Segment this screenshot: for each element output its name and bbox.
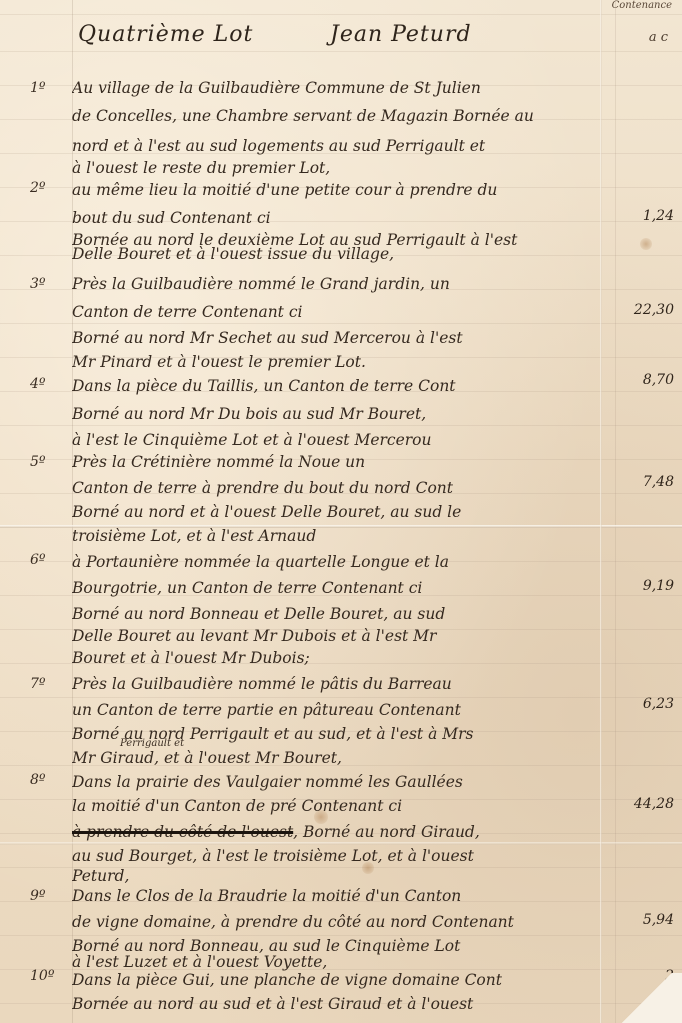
- entry-amount: 7,48: [643, 474, 674, 490]
- entry-line: Peturd,: [72, 866, 617, 886]
- lot-owner: Jean Peturd: [330, 22, 472, 47]
- entry-number: 10º: [30, 968, 54, 984]
- entry-line: Mr Pinard et à l'ouest le premier Lot.: [72, 352, 617, 372]
- entry-line: bout du sud Contenant ci: [72, 208, 617, 228]
- entry-amount: 5,94: [643, 912, 674, 928]
- entry-line: Dans le Clos de la Braudrie la moitié d'…: [72, 886, 617, 906]
- entry-line: Mr Giraud, et à l'ouest Mr Bouret,: [72, 748, 617, 768]
- entry-line: la moitié d'un Canton de pré Contenant c…: [72, 796, 617, 816]
- struck-out-text: à prendre du côté de l'ouest: [72, 822, 332, 842]
- column-header-contenance: Contenance: [612, 0, 672, 11]
- entry-line: un Canton de terre partie en pâtureau Co…: [72, 700, 617, 720]
- entry-number: 9º: [30, 888, 46, 904]
- entry-line: Au village de la Guilbaudière Commune de…: [72, 78, 617, 98]
- entry-line: au même lieu la moitié d'une petite cour…: [72, 180, 617, 200]
- entry-line: Bourgotrie, un Canton de terre Contenant…: [72, 578, 617, 598]
- entry-number: 5º: [30, 454, 46, 470]
- entry-number: 4º: [30, 376, 46, 392]
- entry-line: troisième Lot, et à l'est Arnaud: [72, 526, 617, 546]
- entry-number: 6º: [30, 552, 46, 568]
- entry-line: Borné au nord Mr Du bois au sud Mr Boure…: [72, 404, 617, 424]
- column-units: a c: [649, 30, 668, 45]
- entry-number: 1º: [30, 80, 46, 96]
- entry-number: 2º: [30, 180, 46, 196]
- entry-amount: 9,19: [643, 578, 674, 594]
- entry-amount: 1,24: [643, 208, 674, 224]
- entry-line: au sud Bourget, à l'est le troisième Lot…: [72, 846, 617, 866]
- torn-corner: [612, 973, 682, 1023]
- entry-line: Borné au nord et à l'ouest Delle Bouret,…: [72, 502, 617, 522]
- entry-line: Près la Guilbaudière nommé le Grand jard…: [72, 274, 617, 294]
- entry-number: 3º: [30, 276, 46, 292]
- entry-line: Borné au nord Mr Sechet au sud Mercerou …: [72, 328, 617, 348]
- entry-line: Dans la pièce du Taillis, un Canton de t…: [72, 376, 617, 396]
- lot-title: Quatrième Lot: [78, 22, 253, 47]
- entry-line: Bornée au nord au sud et à l'est Giraud …: [72, 994, 617, 1014]
- entry-line: à l'est le Cinquième Lot et à l'ouest Me…: [72, 430, 617, 450]
- ink-stain: [640, 238, 652, 250]
- horizontal-fold-lower: [0, 842, 682, 845]
- entry-amount: 22,30: [634, 302, 674, 318]
- entry-line: Canton de terre à prendre du bout du nor…: [72, 478, 617, 498]
- entry-line: de vigne domaine, à prendre du côté au n…: [72, 912, 617, 932]
- entry-amount: 6,23: [643, 696, 674, 712]
- entry-line: à l'ouest le reste du premier Lot,: [72, 158, 617, 178]
- manuscript-page: Contenance a c Quatrième Lot Jean Peturd…: [0, 0, 682, 1023]
- entry-line: nord et à l'est au sud logements au sud …: [72, 136, 617, 156]
- entry-line: Bouret et à l'ouest Mr Dubois;: [72, 648, 617, 668]
- entry-line: Delle Bouret au levant Mr Dubois et à l'…: [72, 626, 617, 646]
- entry-line: à l'est Luzet et à l'ouest Voyette,: [72, 952, 617, 972]
- entry-number: 8º: [30, 772, 46, 788]
- entry-line: Delle Bouret et à l'ouest issue du villa…: [72, 244, 617, 264]
- entry-line: Près la Guilbaudière nommé le pâtis du B…: [72, 674, 617, 694]
- entry-amount: 8,70: [643, 372, 674, 388]
- entry-number: 7º: [30, 676, 46, 692]
- entry-line: Près la Crétinière nommé la Noue un: [72, 452, 617, 472]
- entry-line: Borné au nord Bonneau et Delle Bouret, a…: [72, 604, 617, 624]
- entry-line: Canton de terre Contenant ci: [72, 302, 617, 322]
- entry-line: de Concelles, une Chambre servant de Mag…: [72, 106, 617, 126]
- entry-line: Dans la prairie des Vaulgaier nommé les …: [72, 772, 617, 792]
- entry-line: Dans la pièce Gui, une planche de vigne …: [72, 970, 617, 990]
- entry-line: à Portaunière nommée la quartelle Longue…: [72, 552, 617, 572]
- entry-amount: 44,28: [634, 796, 674, 812]
